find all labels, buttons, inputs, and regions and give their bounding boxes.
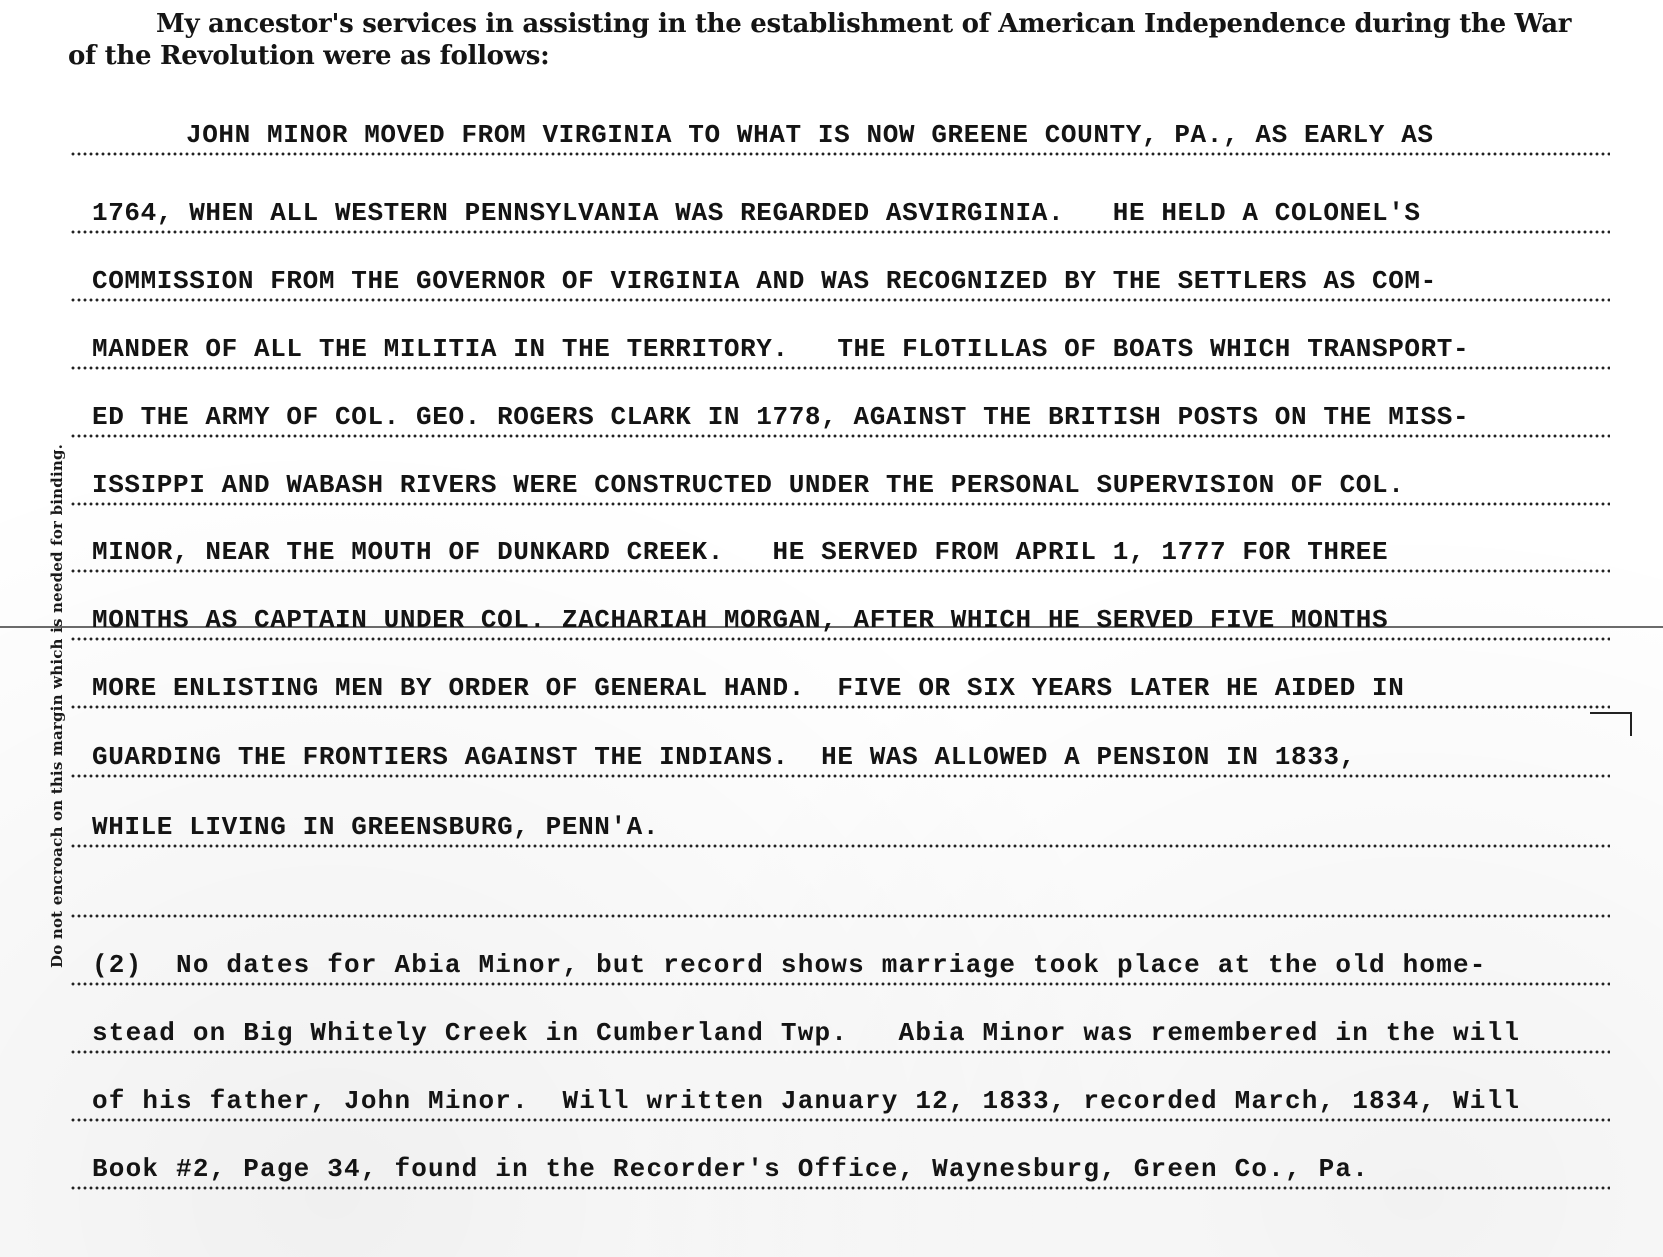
note-line: stead on Big Whitely Creek in Cumberland… (70, 1008, 1610, 1054)
service-line-text: MORE ENLISTING MEN BY ORDER OF GENERAL H… (92, 673, 1404, 703)
dotted-rule (70, 434, 1610, 438)
note-line: (2) No dates for Abia Minor, but record … (70, 940, 1610, 986)
dotted-rule (70, 569, 1610, 573)
service-line-text: ISSIPPI AND WABASH RIVERS WERE CONSTRUCT… (92, 470, 1404, 500)
dotted-rule (70, 982, 1610, 986)
dotted-rule (70, 152, 1610, 156)
dotted-rule (70, 230, 1610, 234)
note-line-text: Book #2, Page 34, found in the Recorder'… (92, 1154, 1369, 1184)
service-line: 1764, WHEN ALL WESTERN PENNSYLVANIA WAS … (70, 188, 1610, 234)
dotted-rule (70, 298, 1610, 302)
service-line: ED THE ARMY OF COL. GEO. ROGERS CLARK IN… (70, 392, 1610, 438)
service-line-text: MANDER OF ALL THE MILITIA IN THE TERRITO… (92, 334, 1469, 364)
margin-bracket-mark (1590, 712, 1632, 736)
service-line-text: 1764, WHEN ALL WESTERN PENNSYLVANIA WAS … (92, 198, 1421, 228)
service-line: MONTHS AS CAPTAIN UNDER COL. ZACHARIAH M… (70, 595, 1610, 641)
dotted-rule (70, 366, 1610, 370)
dotted-rule (70, 844, 1610, 848)
service-line-text: MINOR, NEAR THE MOUTH OF DUNKARD CREEK. … (92, 537, 1388, 567)
intro-statement: My ancestor's services in assisting in t… (68, 8, 1598, 72)
dotted-rule (70, 705, 1610, 709)
note-line: Book #2, Page 34, found in the Recorder'… (70, 1144, 1610, 1190)
service-line: COMMISSION FROM THE GOVERNOR OF VIRGINIA… (70, 256, 1610, 302)
service-line: JOHN MINOR MOVED FROM VIRGINIA TO WHAT I… (70, 110, 1610, 156)
service-line-text: GUARDING THE FRONTIERS AGAINST THE INDIA… (92, 742, 1356, 772)
note-line-text: stead on Big Whitely Creek in Cumberland… (92, 1018, 1520, 1048)
service-line: GUARDING THE FRONTIERS AGAINST THE INDIA… (70, 732, 1610, 778)
service-line-text: COMMISSION FROM THE GOVERNOR OF VIRGINIA… (92, 266, 1437, 296)
note-line-text: (2) No dates for Abia Minor, but record … (92, 950, 1487, 980)
service-line: MANDER OF ALL THE MILITIA IN THE TERRITO… (70, 324, 1610, 370)
dotted-rule (70, 637, 1610, 641)
dotted-rule (70, 1186, 1610, 1190)
binding-margin-note: Do not encroach on this margin which is … (48, 444, 66, 968)
dotted-rule (70, 1118, 1610, 1122)
service-line-text: JOHN MINOR MOVED FROM VIRGINIA TO WHAT I… (186, 120, 1434, 150)
dotted-rule (70, 1050, 1610, 1054)
service-line-blank (70, 872, 1610, 918)
dotted-rule (70, 774, 1610, 778)
service-line: WHILE LIVING IN GREENSBURG, PENN'A. (70, 802, 1610, 848)
service-line-text: MONTHS AS CAPTAIN UNDER COL. ZACHARIAH M… (92, 605, 1388, 635)
service-line: MORE ENLISTING MEN BY ORDER OF GENERAL H… (70, 663, 1610, 709)
service-line: ISSIPPI AND WABASH RIVERS WERE CONSTRUCT… (70, 460, 1610, 506)
note-line-text: of his father, John Minor. Will written … (92, 1086, 1520, 1116)
note-line: of his father, John Minor. Will written … (70, 1076, 1610, 1122)
service-line: MINOR, NEAR THE MOUTH OF DUNKARD CREEK. … (70, 527, 1610, 573)
dotted-rule (70, 914, 1610, 918)
document-page: My ancestor's services in assisting in t… (0, 0, 1663, 1257)
service-line-text: WHILE LIVING IN GREENSBURG, PENN'A. (92, 812, 659, 842)
dotted-rule (70, 502, 1610, 506)
service-line-text: ED THE ARMY OF COL. GEO. ROGERS CLARK IN… (92, 402, 1469, 432)
